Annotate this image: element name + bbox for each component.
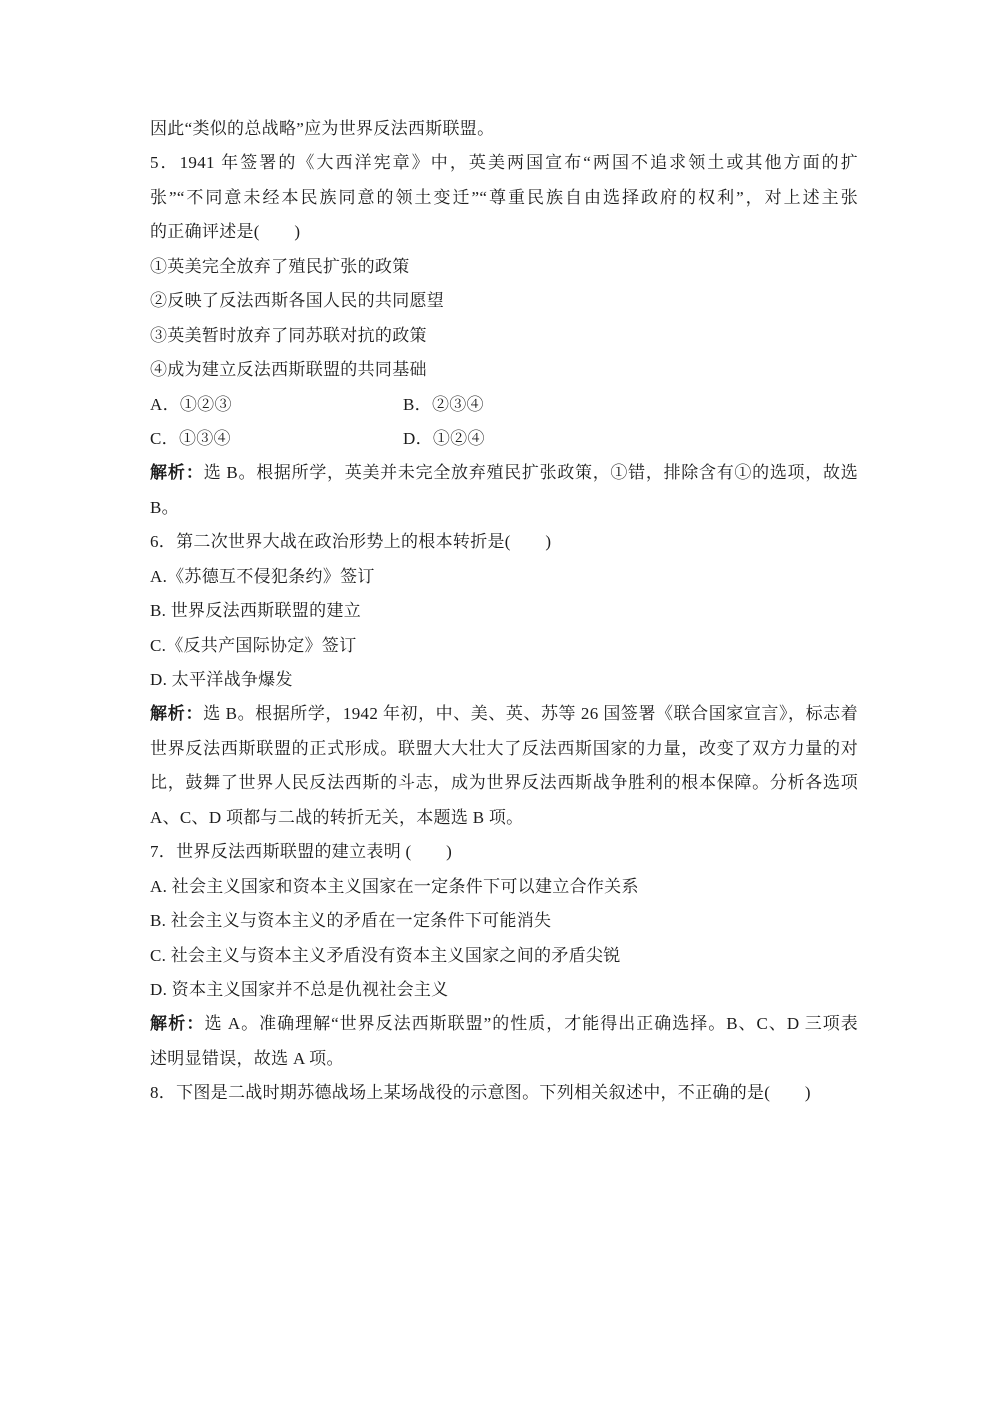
- text-line: A、C、D 项都与二战的转折无关，本题选 B 项。: [150, 801, 858, 835]
- answer-option: B．②③④: [403, 388, 484, 422]
- text-line: 解析：选 B。根据所学，1942 年初，中、美、英、苏等 26 国签署《联合国家…: [150, 697, 858, 731]
- text-line: 因此“类似的总战略”应为世界反法西斯联盟。: [150, 112, 858, 146]
- text-line: 述明显错误，故选 A 项。: [150, 1042, 858, 1076]
- text-line: 解析：选 A。准确理解“世界反法西斯联盟”的性质，才能得出正确选择。B、C、D …: [150, 1007, 858, 1041]
- answer-options-row: A．①②③B．②③④: [150, 388, 858, 422]
- text-line: 7．世界反法西斯联盟的建立表明 ( ): [150, 835, 858, 869]
- text-line: 的正确评述是( ): [150, 215, 858, 249]
- text-line: B。: [150, 491, 858, 525]
- text-line: D. 太平洋战争爆发: [150, 663, 858, 697]
- text-line-body: 选 B。根据所学，1942 年初，中、美、英、苏等 26 国签署《联合国家宣言》…: [203, 704, 858, 723]
- exam-text-block: 因此“类似的总战略”应为世界反法西斯联盟。5．1941 年签署的《大西洋宪章》中…: [150, 112, 858, 1111]
- analysis-label: 解析：: [150, 1014, 205, 1033]
- text-line: B. 社会主义与资本主义的矛盾在一定条件下可能消失: [150, 904, 858, 938]
- text-line: ②反映了反法西斯各国人民的共同愿望: [150, 284, 858, 318]
- text-line: C.《反共产国际协定》签订: [150, 629, 858, 663]
- answer-option: D．①②④: [403, 422, 485, 456]
- text-line: 解析：选 B。根据所学，英美并未完全放弃殖民扩张政策，①错，排除含有①的选项，故…: [150, 456, 858, 490]
- text-line: 比，鼓舞了世界人民反法西斯的斗志，成为世界反法西斯战争胜利的根本保障。分析各选项: [150, 766, 858, 800]
- text-line: ④成为建立反法西斯联盟的共同基础: [150, 353, 858, 387]
- text-line: C. 社会主义与资本主义矛盾没有资本主义国家之间的矛盾尖锐: [150, 939, 858, 973]
- analysis-label: 解析：: [150, 704, 203, 723]
- text-line: 5．1941 年签署的《大西洋宪章》中，英美两国宣布“两国不追求领土或其他方面的…: [150, 146, 858, 180]
- answer-option: A．①②③: [150, 388, 232, 422]
- text-line: 8．下图是二战时期苏德战场上某场战役的示意图。下列相关叙述中，不正确的是( ): [150, 1076, 858, 1110]
- text-line: 6．第二次世界大战在政治形势上的根本转折是( ): [150, 525, 858, 559]
- text-line: A. 社会主义国家和资本主义国家在一定条件下可以建立合作关系: [150, 870, 858, 904]
- text-line: ①英美完全放弃了殖民扩张的政策: [150, 250, 858, 284]
- text-line: 张”“不同意未经本民族同意的领土变迁”“尊重民族自由选择政府的权利”，对上述主张: [150, 181, 858, 215]
- text-line-body: 选 B。根据所学，英美并未完全放弃殖民扩张政策，①错，排除含有①的选项，故选: [204, 463, 858, 482]
- document-page: 因此“类似的总战略”应为世界反法西斯联盟。5．1941 年签署的《大西洋宪章》中…: [0, 0, 1000, 1414]
- text-line-body: 选 A。准确理解“世界反法西斯联盟”的性质，才能得出正确选择。B、C、D 三项表: [205, 1014, 858, 1033]
- text-line: B. 世界反法西斯联盟的建立: [150, 594, 858, 628]
- answer-option: C．①③④: [150, 422, 231, 456]
- text-line: A.《苏德互不侵犯条约》签订: [150, 560, 858, 594]
- answer-options-row: C．①③④D．①②④: [150, 422, 858, 456]
- text-line: 世界反法西斯联盟的正式形成。联盟大大壮大了反法西斯国家的力量，改变了双方力量的对: [150, 732, 858, 766]
- text-line: ③英美暂时放弃了同苏联对抗的政策: [150, 319, 858, 353]
- text-line: D. 资本主义国家并不总是仇视社会主义: [150, 973, 858, 1007]
- analysis-label: 解析：: [150, 463, 204, 482]
